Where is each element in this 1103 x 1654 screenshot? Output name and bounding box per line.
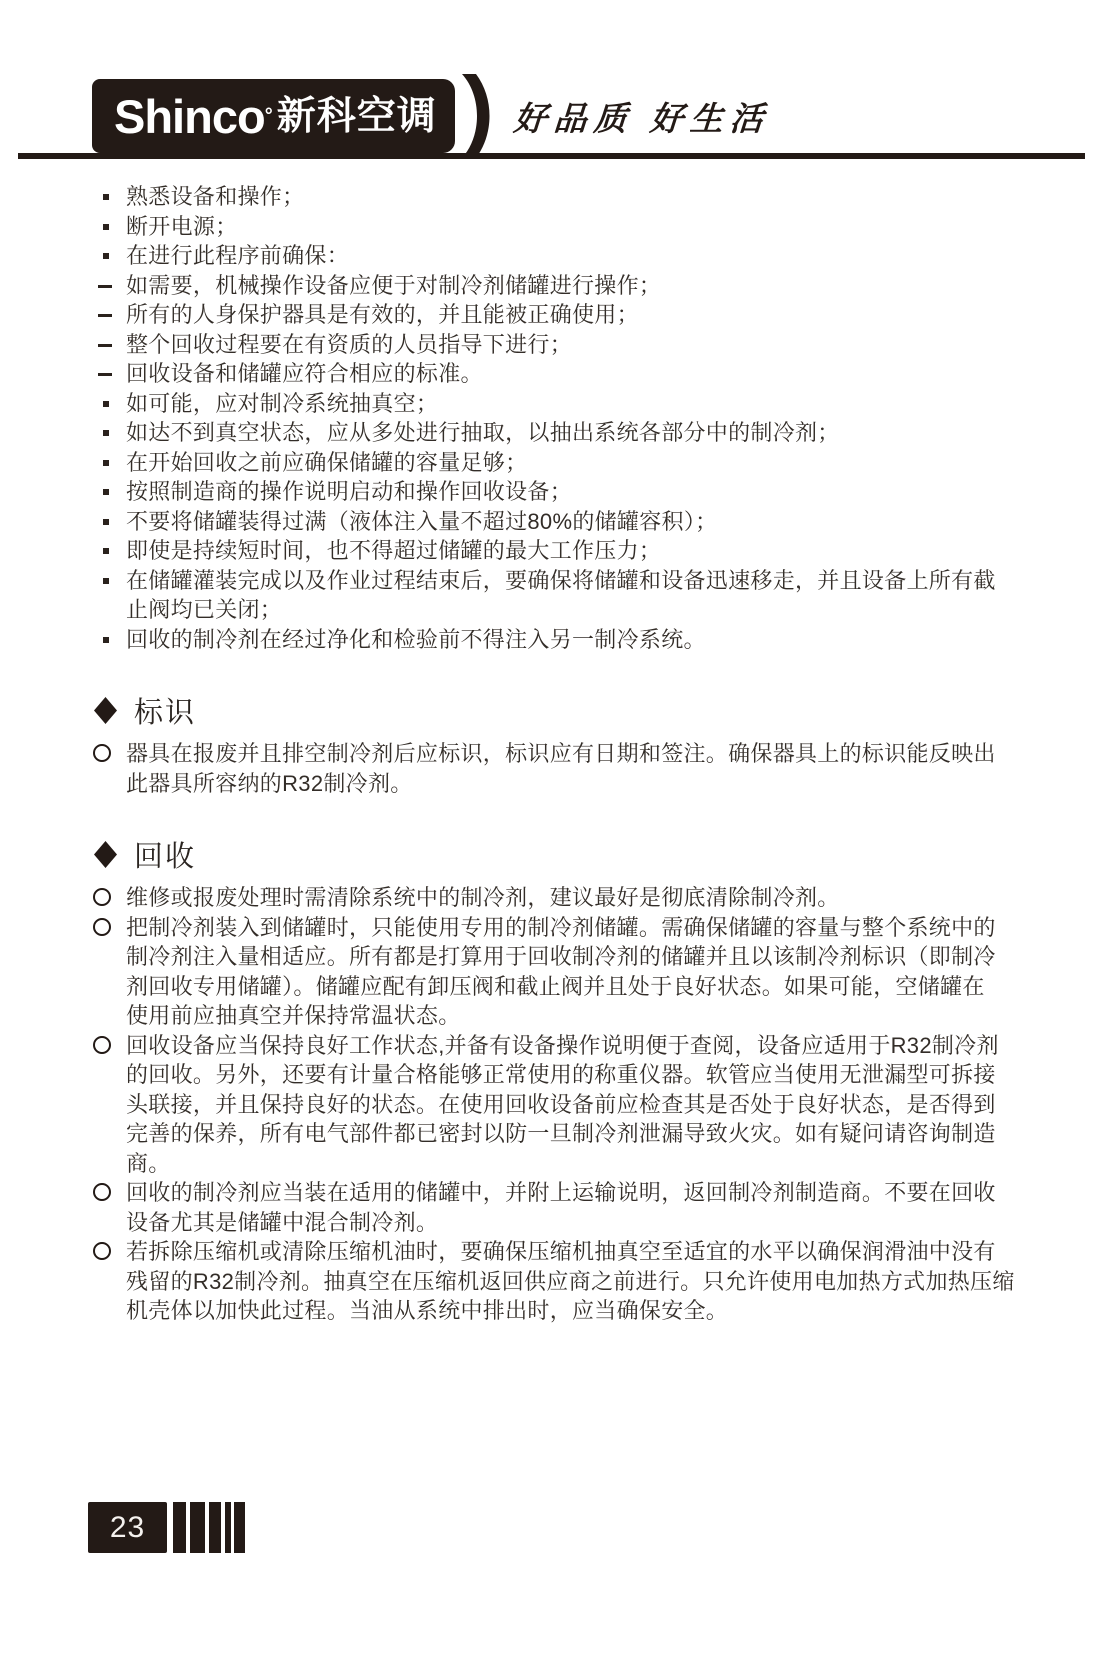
bullet-dot-icon xyxy=(103,224,109,230)
list-item-text: 整个回收过程要在有资质的人员指导下进行； xyxy=(126,330,572,360)
list-item-text: 不要将储罐装得过满（液体注入量不超过80%的储罐容积）； xyxy=(126,507,717,537)
paragraph-text: 把制冷剂装入到储罐时，只能使用专用的制冷剂储罐。需确保储罐的容量与整个系统中的 … xyxy=(126,913,996,1031)
bullet-dot-icon xyxy=(103,460,109,466)
list-item: 按照制造商的操作说明启动和操作回收设备； xyxy=(92,477,1079,507)
header-divider xyxy=(18,153,1085,159)
paragraph-text: 维修或报废处理时需清除系统中的制冷剂，建议最好是彻底清除制冷剂。 xyxy=(126,883,840,913)
list-item-text: 按照制造商的操作说明启动和操作回收设备； xyxy=(126,477,572,507)
paragraph: 若拆除压缩机或清除压缩机油时，要确保压缩机抽真空至适宜的水平以确保润滑油中没有 … xyxy=(92,1237,1079,1326)
list-item: 在储罐灌装完成以及作业过程结束后，要确保将储罐和设备迅速移走，并且设备上所有截 … xyxy=(92,566,1079,625)
circle-bullet-icon xyxy=(93,1183,111,1201)
list-item: 熟悉设备和操作； xyxy=(92,182,1079,212)
footer-bar xyxy=(173,1502,186,1553)
paragraph: 回收设备应当保持良好工作状态,并备有设备操作说明便于查阅，设备应适用于R32制冷… xyxy=(92,1031,1079,1179)
paragraph-text: 若拆除压缩机或清除压缩机油时，要确保压缩机抽真空至适宜的水平以确保润滑油中没有 … xyxy=(126,1237,1015,1326)
footer-bar xyxy=(225,1502,231,1553)
bullet-dot-icon xyxy=(103,578,109,584)
bullet-dot-icon xyxy=(103,519,109,525)
footer-bar xyxy=(209,1502,221,1553)
diamond-icon xyxy=(94,841,117,868)
page-footer: 23 xyxy=(88,1502,245,1553)
list-item-text: 在进行此程序前确保： xyxy=(126,241,349,271)
footer-barcode-bars xyxy=(173,1502,245,1553)
list-item: 如需要，机械操作设备应便于对制冷剂储罐进行操作； xyxy=(92,271,1079,301)
list-item: 回收设备和储罐应符合相应的标准。 xyxy=(92,359,1079,389)
list-item-text: 熟悉设备和操作； xyxy=(126,182,304,212)
list-item: 在进行此程序前确保： xyxy=(92,241,1079,271)
list-item: 整个回收过程要在有资质的人员指导下进行； xyxy=(92,330,1079,360)
list-item: 即使是持续短时间，也不得超过储罐的最大工作压力； xyxy=(92,536,1079,566)
paragraph-text: 器具在报废并且排空制冷剂后应标识，标识应有日期和签注。确保器具上的标识能反映出 … xyxy=(126,739,996,798)
page-number: 23 xyxy=(110,1511,145,1545)
page-header: Shinco°新科空调 好品质 好生活 xyxy=(92,74,770,158)
paragraph-text: 回收的制冷剂应当装在适用的储罐中，并附上运输说明，返回制冷剂制造商。不要在回收 … xyxy=(126,1178,996,1237)
list-item-text: 回收的制冷剂在经过净化和检验前不得注入另一制冷系统。 xyxy=(126,625,706,655)
list-item-text: 在开始回收之前应确保储罐的容量足够； xyxy=(126,448,527,478)
bullet-dash-icon xyxy=(98,285,112,288)
bullet-dash-icon xyxy=(98,314,112,317)
brand-registered-mark: ° xyxy=(265,106,273,126)
footer-bar xyxy=(190,1502,205,1553)
crescent-swoosh-icon xyxy=(460,74,492,158)
page-content: 熟悉设备和操作； 断开电源； 在进行此程序前确保： 如需要，机械操作设备应便于对… xyxy=(92,182,1079,1326)
bullet-dot-icon xyxy=(103,637,109,643)
circle-bullet-icon xyxy=(93,1242,111,1260)
paragraph: 器具在报废并且排空制冷剂后应标识，标识应有日期和签注。确保器具上的标识能反映出 … xyxy=(92,739,1079,798)
brand-chinese-text: 新科空调 xyxy=(277,97,437,136)
footer-bar xyxy=(234,1502,245,1553)
section-heading-identification: 标识 xyxy=(94,690,1079,731)
list-item-text: 回收设备和储罐应符合相应的标准。 xyxy=(126,359,483,389)
bullet-dash-icon xyxy=(98,373,112,376)
circle-bullet-icon xyxy=(93,888,111,906)
list-item: 如达不到真空状态，应从多处进行抽取，以抽出系统各部分中的制冷剂； xyxy=(92,418,1079,448)
paragraph: 把制冷剂装入到储罐时，只能使用专用的制冷剂储罐。需确保储罐的容量与整个系统中的 … xyxy=(92,913,1079,1031)
bullet-dot-icon xyxy=(103,253,109,259)
brand-text: Shinco xyxy=(114,93,265,140)
bullet-dot-icon xyxy=(103,430,109,436)
diamond-icon xyxy=(94,697,117,724)
circle-bullet-icon xyxy=(93,744,111,762)
list-item-text: 在储罐灌装完成以及作业过程结束后，要确保将储罐和设备迅速移走，并且设备上所有截 … xyxy=(126,566,996,625)
list-item: 断开电源； xyxy=(92,212,1079,242)
shinco-logo: Shinco°新科空调 xyxy=(92,79,455,153)
section-heading-recovery: 回收 xyxy=(94,834,1079,875)
bullet-dash-icon xyxy=(98,344,112,347)
circle-bullet-icon xyxy=(93,1036,111,1054)
list-item: 在开始回收之前应确保储罐的容量足够； xyxy=(92,448,1079,478)
list-item: 回收的制冷剂在经过净化和检验前不得注入另一制冷系统。 xyxy=(92,625,1079,655)
bullet-dot-icon xyxy=(103,489,109,495)
brand-slogan: 好品质 好生活 xyxy=(512,93,771,140)
circle-bullet-icon xyxy=(93,918,111,936)
list-item: 所有的人身保护器具是有效的，并且能被正确使用； xyxy=(92,300,1079,330)
paragraph: 回收的制冷剂应当装在适用的储罐中，并附上运输说明，返回制冷剂制造商。不要在回收 … xyxy=(92,1178,1079,1237)
bullet-dot-icon xyxy=(103,401,109,407)
list-item-text: 即使是持续短时间，也不得超过储罐的最大工作压力； xyxy=(126,536,661,566)
list-item-text: 如可能，应对制冷系统抽真空； xyxy=(126,389,438,419)
list-item-text: 所有的人身保护器具是有效的，并且能被正确使用； xyxy=(126,300,639,330)
bullet-dot-icon xyxy=(103,194,109,200)
section-title: 回收 xyxy=(134,834,196,875)
list-item-text: 如达不到真空状态，应从多处进行抽取，以抽出系统各部分中的制冷剂； xyxy=(126,418,840,448)
list-item-text: 如需要，机械操作设备应便于对制冷剂储罐进行操作； xyxy=(126,271,661,301)
paragraph: 维修或报废处理时需清除系统中的制冷剂，建议最好是彻底清除制冷剂。 xyxy=(92,883,1079,913)
list-item-text: 断开电源； xyxy=(126,212,238,242)
paragraph-text: 回收设备应当保持良好工作状态,并备有设备操作说明便于查阅，设备应适用于R32制冷… xyxy=(126,1031,999,1179)
list-item: 不要将储罐装得过满（液体注入量不超过80%的储罐容积）； xyxy=(92,507,1079,537)
page-number-box: 23 xyxy=(88,1502,167,1553)
list-item: 如可能，应对制冷系统抽真空； xyxy=(92,389,1079,419)
section-title: 标识 xyxy=(134,690,196,731)
bullet-dot-icon xyxy=(103,548,109,554)
